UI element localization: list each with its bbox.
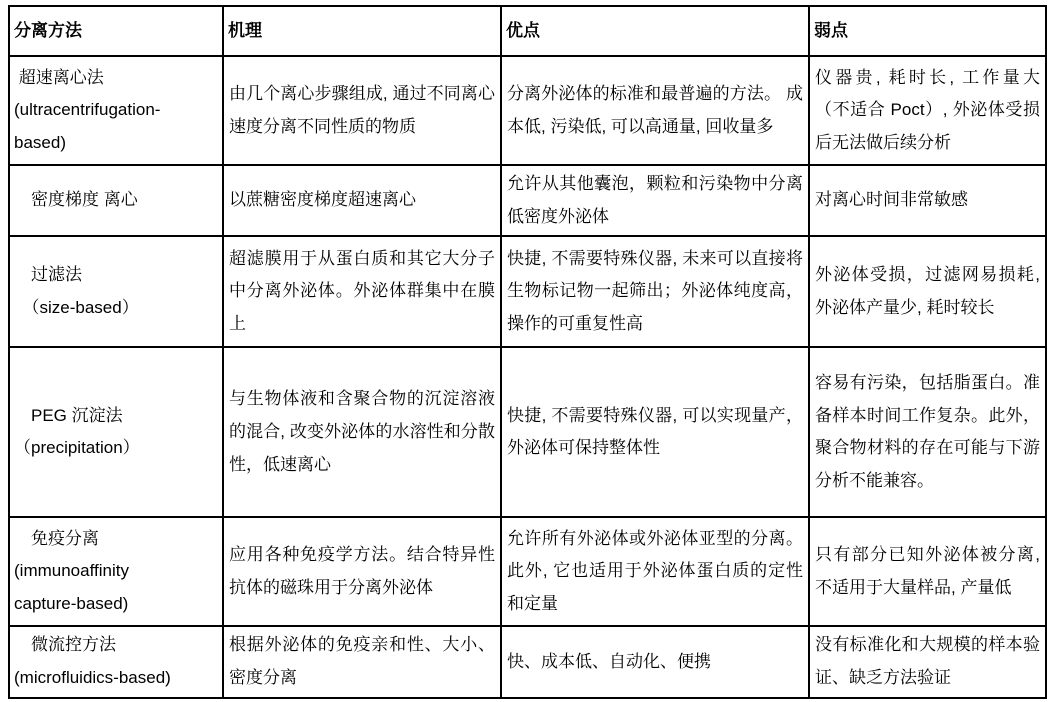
cell-advantages: 允许所有外泌体或外泌体亚型的分离。此外, 它也适用于外泌体蛋白质的定性和定量	[501, 517, 809, 626]
table-row: 免疫分离 (immunoaffinity capture-based) 应用各种…	[9, 517, 1046, 626]
header-row: 分离方法 机理 优点 弱点	[9, 6, 1046, 56]
cell-mechanism: 超滤膜用于从蛋白质和其它大分子中分离外泌体。外泌体群集中在膜上	[223, 236, 501, 347]
column-header-advantages: 优点	[501, 6, 809, 56]
cell-method: 过滤法 （size-based）	[9, 236, 223, 347]
cell-method: PEG 沉淀法 （precipitation）	[9, 347, 223, 517]
cell-method: 超速离心法 (ultracentrifugation- based)	[9, 56, 223, 165]
table-row: 超速离心法 (ultracentrifugation- based) 由几个离心…	[9, 56, 1046, 165]
cell-weaknesses: 没有标准化和大规模的样本验证、缺乏方法验证	[809, 626, 1046, 697]
cell-mechanism: 以蔗糖密度梯度超速离心	[223, 165, 501, 236]
cell-weaknesses: 外泌体受损，过滤网易损耗, 外泌体产量少, 耗时较长	[809, 236, 1046, 347]
cell-weaknesses: 容易有污染，包括脂蛋白。准备样本时间工作复杂。此外，聚合物材料的存在可能与下游分…	[809, 347, 1046, 517]
cell-advantages: 快、成本低、自动化、便携	[501, 626, 809, 697]
cell-advantages: 快捷, 不需要特殊仪器, 可以实现量产，外泌体可保持整体性	[501, 347, 809, 517]
cell-advantages: 允许从其他囊泡，颗粒和污染物中分离低密度外泌体	[501, 165, 809, 236]
column-header-weaknesses: 弱点	[809, 6, 1046, 56]
cell-mechanism: 根据外泌体的免疫亲和性、大小、密度分离	[223, 626, 501, 697]
table-row: 密度梯度 离心 以蔗糖密度梯度超速离心 允许从其他囊泡，颗粒和污染物中分离低密度…	[9, 165, 1046, 236]
column-header-mechanism: 机理	[223, 6, 501, 56]
cell-mechanism: 应用各种免疫学方法。结合特异性抗体的磁珠用于分离外泌体	[223, 517, 501, 626]
cell-method: 免疫分离 (immunoaffinity capture-based)	[9, 517, 223, 626]
cell-advantages: 快捷, 不需要特殊仪器, 未来可以直接将生物标记物一起筛出；外泌体纯度高，操作的…	[501, 236, 809, 347]
table-row: 微流控方法 (microfluidics-based) 根据外泌体的免疫亲和性、…	[9, 626, 1046, 697]
cell-weaknesses: 只有部分已知外泌体被分离, 不适用于大量样品, 产量低	[809, 517, 1046, 626]
cell-advantages: 分离外泌体的标准和最普遍的方法。 成本低, 污染低, 可以高通量, 回收量多	[501, 56, 809, 165]
cell-method: 密度梯度 离心	[9, 165, 223, 236]
cell-mechanism: 由几个离心步骤组成, 通过不同离心速度分离不同性质的物质	[223, 56, 501, 165]
cell-weaknesses: 对离心时间非常敏感	[809, 165, 1046, 236]
separation-methods-table: 分离方法 机理 优点 弱点 超速离心法 (ultracentrifugation…	[8, 5, 1047, 699]
cell-method: 微流控方法 (microfluidics-based)	[9, 626, 223, 697]
table-row: 过滤法 （size-based） 超滤膜用于从蛋白质和其它大分子中分离外泌体。外…	[9, 236, 1046, 347]
column-header-method: 分离方法	[9, 6, 223, 56]
cell-weaknesses: 仪器贵, 耗时长, 工作量大 （不适合 Poct）, 外泌体受损后无法做后续分析	[809, 56, 1046, 165]
table-row: PEG 沉淀法 （precipitation） 与生物体液和含聚合物的沉淀溶液的…	[9, 347, 1046, 517]
cell-mechanism: 与生物体液和含聚合物的沉淀溶液的混合, 改变外泌体的水溶性和分散性，低速离心	[223, 347, 501, 517]
